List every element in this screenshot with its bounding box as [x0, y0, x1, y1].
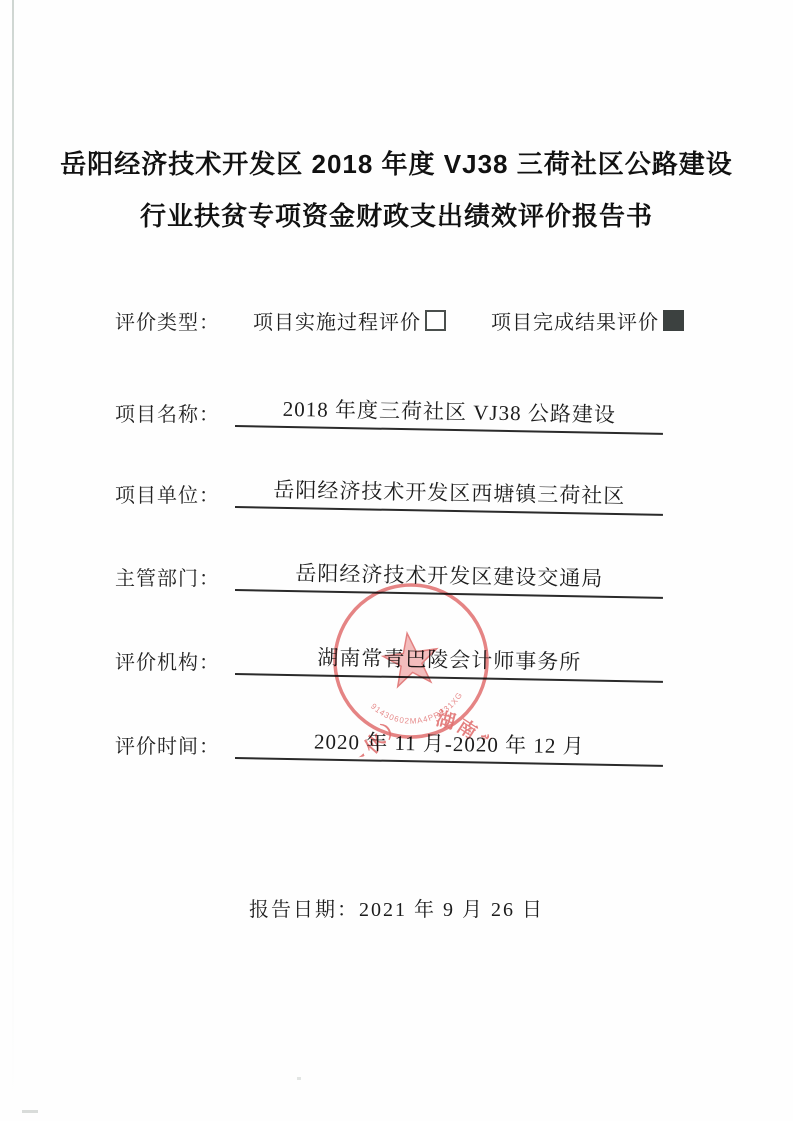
option-result-label: 项目完成结果评价 — [491, 312, 659, 334]
field-label: 主管部门： — [115, 562, 220, 591]
evaluation-type-option-process: 项目实施过程评价 — [253, 306, 446, 335]
field-label: 项目单位： — [115, 479, 220, 508]
evaluation-type-option-result: 项目完成结果评价 — [491, 306, 684, 335]
field-row-evaluation-agency: 评价机构： 湖南常青巴陵会计师事务所 — [115, 640, 663, 675]
field-row-competent-department: 主管部门： 岳阳经济技术开发区建设交通局 — [115, 556, 663, 591]
report-title-line1: 岳阳经济技术开发区 2018 年度 VJ38 三荷社区公路建设 — [0, 138, 793, 190]
option-process-label: 项目实施过程评价 — [253, 312, 421, 334]
field-value-underlined: 岳阳经济技术开发区西塘镇三荷社区 — [235, 473, 664, 516]
field-label: 项目名称： — [115, 398, 220, 427]
field-label: 评价时间： — [115, 730, 220, 759]
field-value-underlined: 2018 年度三荷社区 VJ38 公路建设 — [235, 392, 664, 435]
report-title-line2: 行业扶贫专项资金财政支出绩效评价报告书 — [0, 190, 793, 242]
field-value-underlined: 湖南常青巴陵会计师事务所 — [235, 640, 664, 683]
checkbox-unchecked-icon — [425, 310, 446, 331]
field-value-underlined: 2020 年 11 月-2020 年 12 月 — [235, 724, 664, 767]
checkbox-checked-icon — [663, 310, 684, 331]
evaluation-type-row: 评价类型： 项目实施过程评价 项目完成结果评价 — [115, 306, 684, 335]
report-title: 岳阳经济技术开发区 2018 年度 VJ38 三荷社区公路建设 行业扶贫专项资金… — [0, 138, 793, 242]
field-label: 评价机构： — [115, 646, 220, 675]
field-row-evaluation-period: 评价时间： 2020 年 11 月-2020 年 12 月 — [115, 724, 663, 759]
field-value-underlined: 岳阳经济技术开发区建设交通局 — [235, 556, 664, 599]
field-row-project-unit: 项目单位： 岳阳经济技术开发区西塘镇三荷社区 — [115, 473, 663, 508]
scan-speck — [297, 1077, 301, 1080]
report-date: 报告日期：2021 年 9 月 26 日 — [0, 893, 793, 922]
scan-speck — [22, 1110, 38, 1113]
field-row-project-name: 项目名称： 2018 年度三荷社区 VJ38 公路建设 — [115, 392, 663, 427]
report-cover-page: 岳阳经济技术开发区 2018 年度 VJ38 三荷社区公路建设 行业扶贫专项资金… — [0, 0, 793, 1121]
evaluation-type-label: 评价类型： — [115, 306, 220, 335]
